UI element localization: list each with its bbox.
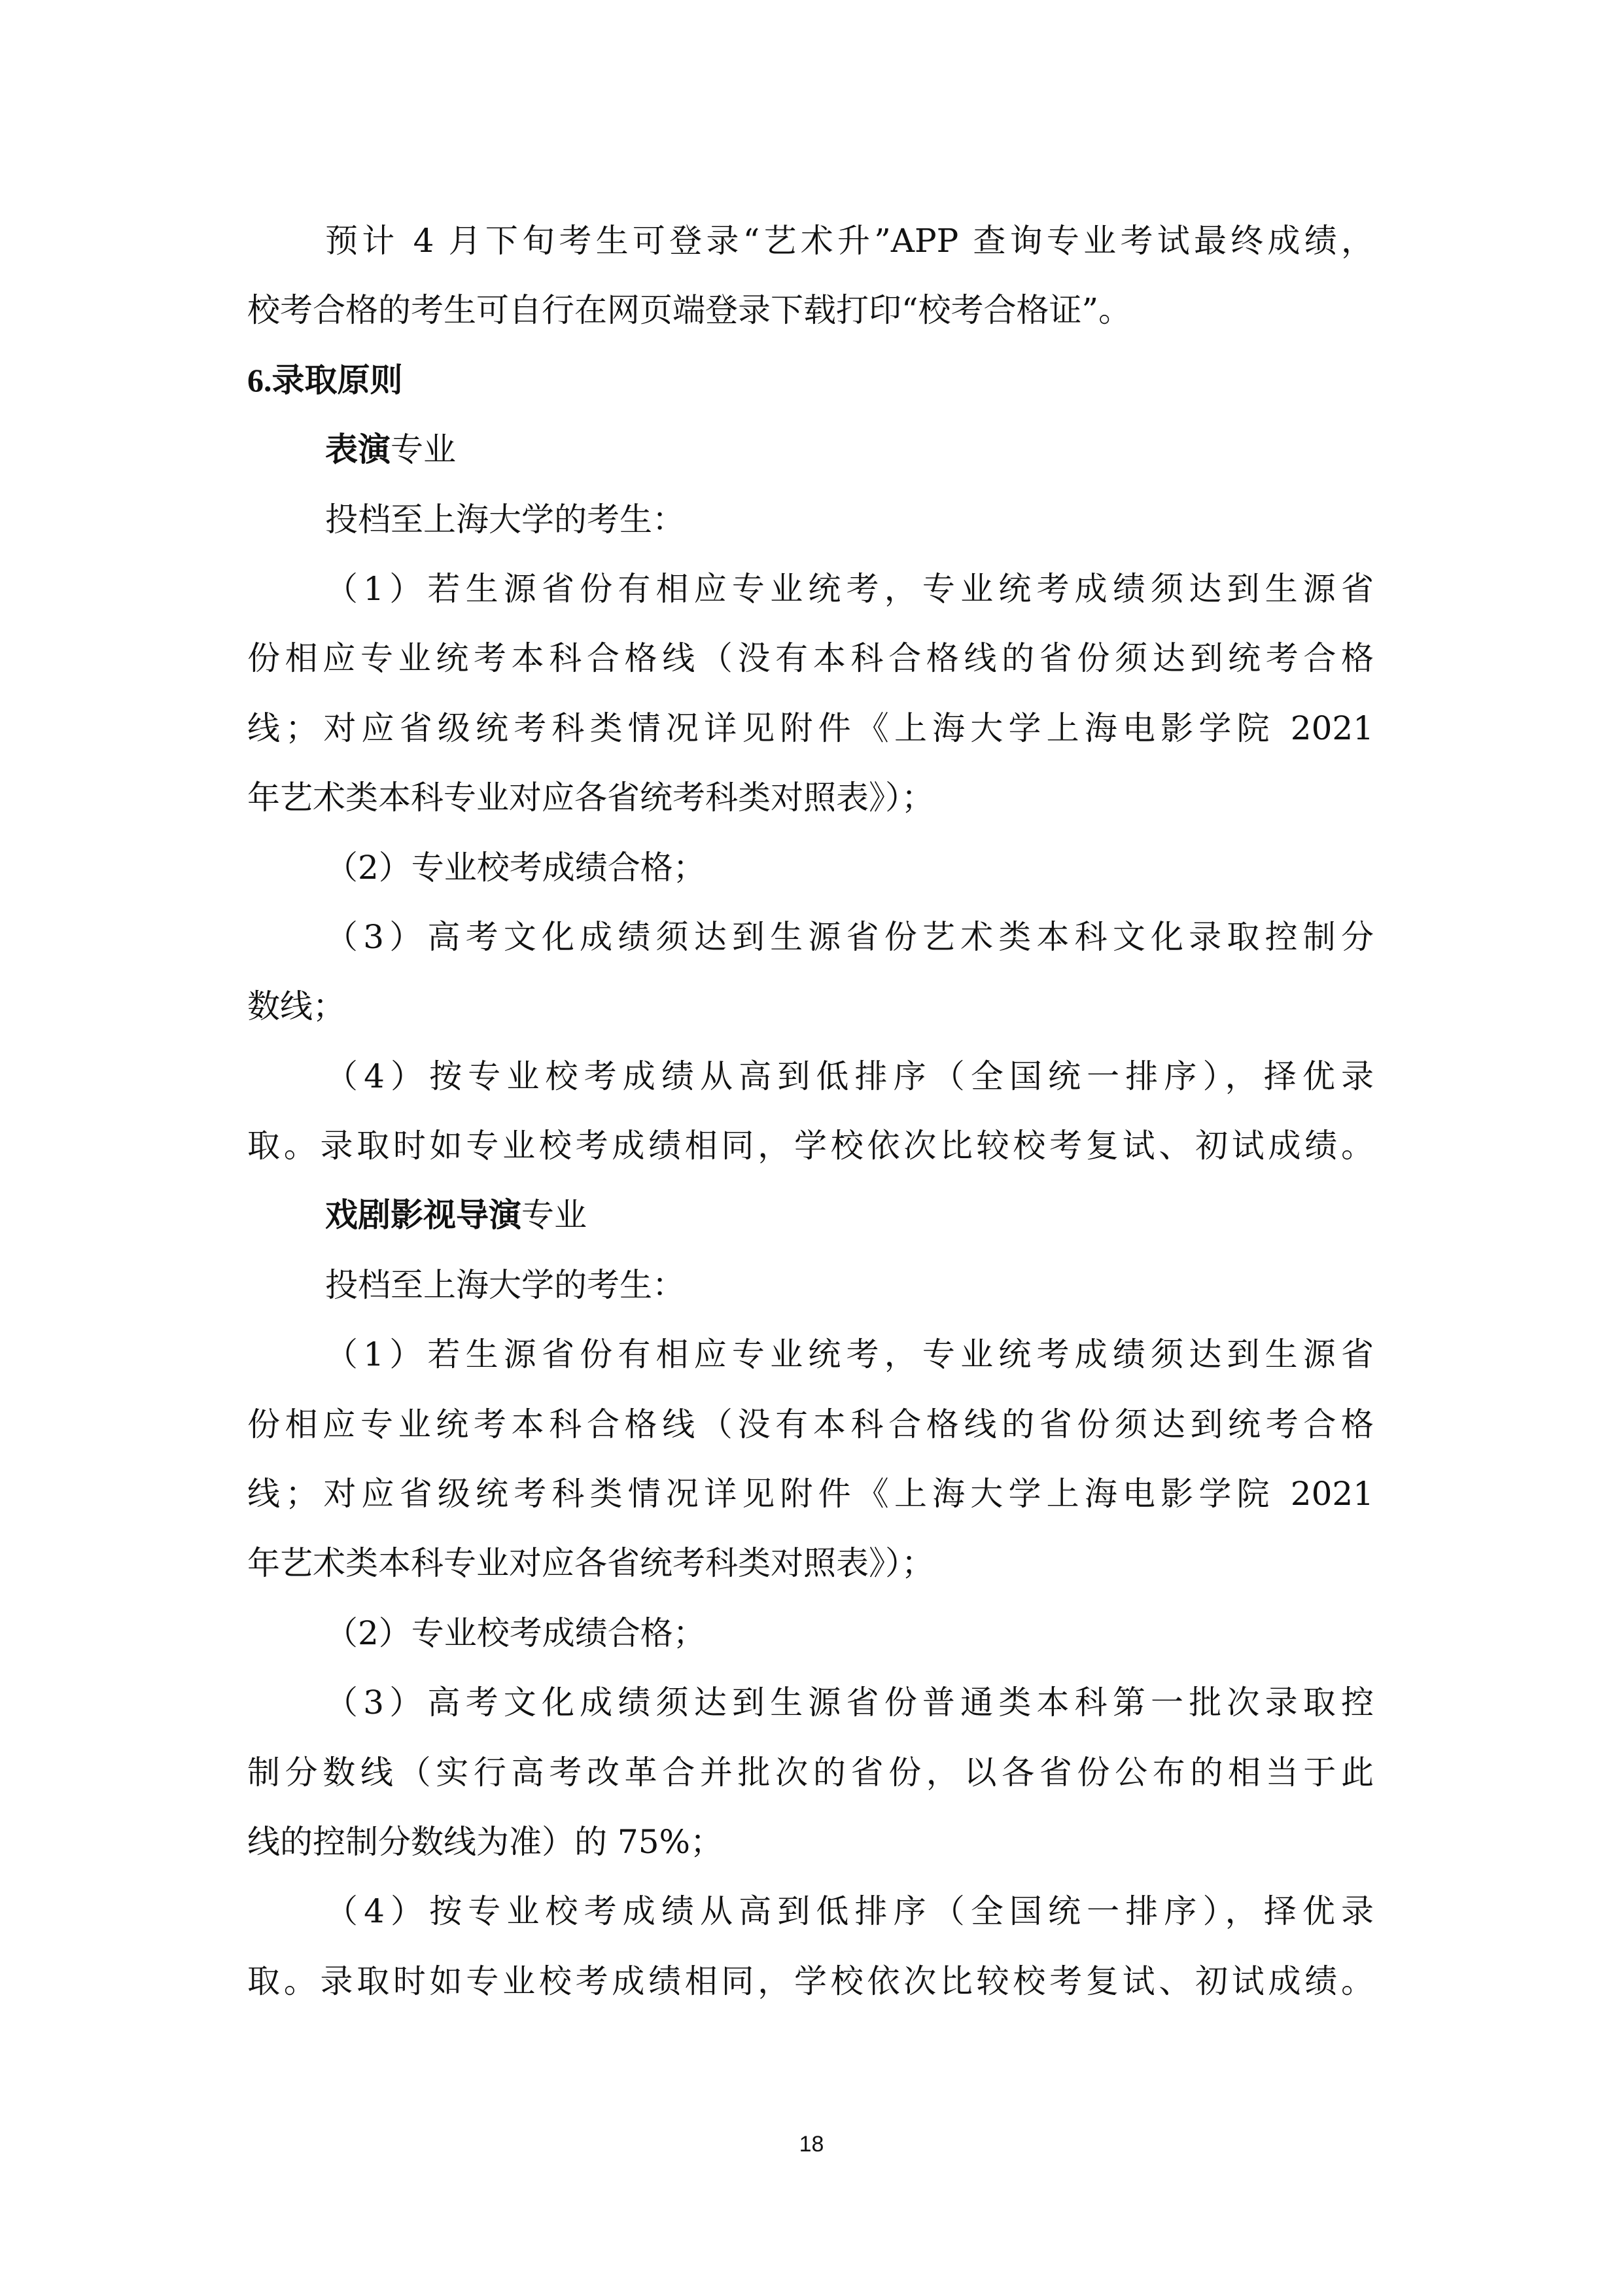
paragraph-line: 投档至上海大学的考生：: [247, 1260, 1374, 1330]
list-item-1: （1）若生源省份有相应专业统考，专业统考成绩须达到生源省: [247, 1330, 1374, 1399]
paragraph-line: 校考合格的考生可自行在网页端登录下载打印“校考合格证”。: [247, 285, 1374, 355]
list-item-4: （4）按专业校考成绩从高到低排序（全国统一排序），择优录: [247, 1051, 1374, 1121]
list-item-3: （3）高考文化成绩须达到生源省份艺术类本科文化录取控制分: [247, 912, 1374, 981]
paragraph-line: 线；对应省级统考科类情况详见附件《上海大学上海电影学院 2021: [247, 703, 1374, 773]
paragraph-line: 线；对应省级统考科类情况详见附件《上海大学上海电影学院 2021: [247, 1469, 1374, 1538]
major-name-bold: 表演: [325, 430, 391, 468]
paragraph-line: 份相应专业统考本科合格线（没有本科合格线的省份须达到统考合格: [247, 1400, 1374, 1469]
subsection-title-performance: 表演专业: [247, 425, 1374, 494]
major-name-bold: 戏剧影视导演: [325, 1195, 521, 1234]
document-body: 预计 4 月下旬考生可登录“艺术升”APP 查询专业考试最终成绩， 校考合格的考…: [247, 216, 1374, 2026]
list-item-1: （1）若生源省份有相应专业统考，专业统考成绩须达到生源省: [247, 564, 1374, 633]
major-suffix: 专业: [391, 431, 456, 468]
paragraph-line: 年艺术类本科专业对应各省统考科类对照表》）；: [247, 773, 1374, 842]
major-suffix: 专业: [521, 1196, 587, 1234]
paragraph-line: 线的控制分数线为准）的 75%；: [247, 1817, 1374, 1886]
subsection-title-directing: 戏剧影视导演专业: [247, 1190, 1374, 1260]
list-item-2: （2）专业校考成绩合格；: [247, 843, 1374, 912]
paragraph-line: 数线；: [247, 981, 1374, 1051]
paragraph-line: 份相应专业统考本科合格线（没有本科合格线的省份须达到统考合格: [247, 633, 1374, 703]
list-item-3: （3）高考文化成绩须达到生源省份普通类本科第一批次录取控: [247, 1678, 1374, 1747]
paragraph-line: 制分数线（实行高考改革合并批次的省份，以各省份公布的相当于此: [247, 1748, 1374, 1817]
section-heading: 6.录取原则: [247, 355, 1374, 425]
paragraph-line: 预计 4 月下旬考生可登录“艺术升”APP 查询专业考试最终成绩，: [247, 216, 1374, 285]
paragraph-line: 取。录取时如专业校考成绩相同，学校依次比较校考复试、初试成绩。: [247, 1121, 1374, 1190]
paragraph-line: 取。录取时如专业校考成绩相同，学校依次比较校考复试、初试成绩。: [247, 1956, 1374, 2026]
list-item-2: （2）专业校考成绩合格；: [247, 1608, 1374, 1678]
page-number: 18: [0, 2132, 1623, 2157]
paragraph-line: 投档至上海大学的考生：: [247, 495, 1374, 564]
paragraph-line: 年艺术类本科专业对应各省统考科类对照表》）；: [247, 1538, 1374, 1608]
list-item-4: （4）按专业校考成绩从高到低排序（全国统一排序），择优录: [247, 1886, 1374, 1956]
document-page: 预计 4 月下旬考生可登录“艺术升”APP 查询专业考试最终成绩， 校考合格的考…: [0, 0, 1623, 2296]
